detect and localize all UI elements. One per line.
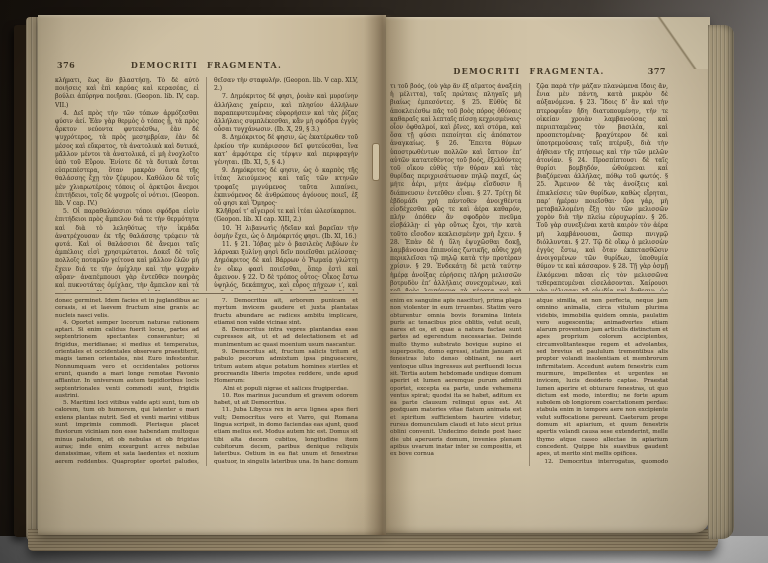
text-paragraph: 5. Maritimi loci vitibus valde apti sunt…	[55, 400, 199, 466]
binding-thread	[372, 143, 380, 181]
text-paragraph: Alni et populi nigrae et salices frugipe…	[214, 386, 358, 393]
page-number: 376	[57, 60, 75, 70]
text-paragraph: 8. Δημόκριτος δέ φησιν, ὡς ἑκατέρωθεν το…	[214, 134, 358, 167]
text-paragraph: 12. Democritus interrogatus, quomodo hom…	[537, 459, 669, 466]
greek-text-column-1: τι τοῦ βοός, (οὐ γὰρ ἂν ἐξ αἵματος ἀναξε…	[390, 83, 522, 291]
right-page-header: DEMOCRITI FRAGMENTA. 377	[390, 66, 668, 78]
greek-text-section: τι τοῦ βοός, (οὐ γὰρ ἂν ἐξ αἵματος ἀναξε…	[390, 83, 668, 291]
text-paragraph: enim ex sanguine apis nascitur), prima p…	[390, 298, 522, 459]
greek-text-column-2: ζῷα παρὰ τὴν μάζαν πλανώμενα ἴδοις ἄν, ἔ…	[529, 83, 669, 291]
text-paragraph: (Geopon. lib. XI cap. XIII, 2.)	[214, 216, 358, 224]
running-title: DEMOCRITI FRAGMENTA.	[390, 66, 668, 76]
greek-text-section: κλήματι, ἕως ἂν βλαστήσῃ. Τὸ δὲ αὐτὸ ποι…	[55, 77, 358, 291]
running-title: DEMOCRITI FRAGMENTA.	[55, 60, 358, 70]
text-paragraph: 7. Democritus ait, arborem punicam et my…	[214, 298, 358, 327]
text-paragraph: θεῖσαν τὴν σταφυλήν. (Geopon. lib. V cap…	[214, 77, 358, 93]
section-divider-rule	[390, 293, 668, 294]
text-paragraph: ζῷα παρὰ τὴν μάζαν πλανώμενα ἴδοις ἄν, ἔ…	[537, 83, 669, 291]
text-paragraph: 10. Ἡ λιβανωτὶς ἡδεῖαν καὶ βαρεῖαν τὴν ὀ…	[214, 225, 358, 241]
text-paragraph: 11. Juba Libycus rex in arca lignea apes…	[214, 407, 358, 466]
page-number: 377	[648, 66, 666, 76]
book-photo: 376 DEMOCRITI FRAGMENTA. κλήματι, ἕως ἂν…	[0, 0, 768, 563]
latin-text-column-2: atque similia, et non perfecta, neque ja…	[529, 298, 669, 466]
text-paragraph: 4. Δεῖ πρὸς τὴν τῶν τόπων ἁρμόζεσθαι φύσ…	[55, 110, 199, 208]
latin-text-section: enim ex sanguine apis nascitur), prima p…	[390, 298, 668, 466]
text-paragraph: 8. Democritus intra vepres plantandas es…	[214, 327, 358, 349]
latin-text-column-1: enim ex sanguine apis nascitur), prima p…	[390, 298, 522, 466]
fore-edge-right	[708, 25, 734, 539]
right-page-content: DEMOCRITI FRAGMENTA. 377 τι τοῦ βοός, (ο…	[390, 66, 668, 466]
left-page-header: 376 DEMOCRITI FRAGMENTA.	[55, 60, 358, 72]
latin-text-column-2: 7. Democritus ait, arborem punicam et my…	[206, 298, 358, 466]
text-paragraph: 10. Ros marinus jucundum et gravem odore…	[214, 393, 358, 408]
text-paragraph: donec germinet. Idem facies et in juglan…	[55, 298, 199, 320]
folded-corner	[642, 17, 710, 69]
text-paragraph: 9. Democritus ait, fructum salicis tritu…	[214, 349, 358, 385]
greek-text-column-1: κλήματι, ἕως ἂν βλαστήσῃ. Τὸ δὲ αὐτὸ ποι…	[55, 77, 199, 291]
text-paragraph: τι τοῦ βοός, (οὐ γὰρ ἂν ἐξ αἵματος ἀναξε…	[390, 83, 522, 291]
text-paragraph: 4. Oportet semper locorum naturae ration…	[55, 320, 199, 400]
text-paragraph: 5. Οἱ παραθαλάσσιοι τόποι σφόδρα εἰσὶν ἐ…	[55, 208, 199, 291]
text-paragraph: atque similia, et non perfecta, neque ja…	[537, 298, 669, 459]
latin-text-column-1: donec germinet. Idem facies et in juglan…	[55, 298, 199, 466]
left-page-content: 376 DEMOCRITI FRAGMENTA. κλήματι, ἕως ἂν…	[55, 60, 358, 466]
section-divider-rule	[55, 293, 358, 294]
text-paragraph: 11. § 21. Ἰόβας μὲν ὁ βασιλεὺς Λιβύων ἐν…	[214, 241, 358, 291]
greek-text-column-2: θεῖσαν τὴν σταφυλήν. (Geopon. lib. V cap…	[206, 77, 358, 291]
text-paragraph: 7. Δημόκριτος δέ φησι, ῥοιὰν καὶ μυρσίνη…	[214, 93, 358, 134]
text-paragraph: κλήματι, ἕως ἂν βλαστήσῃ. Τὸ δὲ αὐτὸ ποι…	[55, 77, 199, 110]
latin-text-section: donec germinet. Idem facies et in juglan…	[55, 298, 358, 466]
text-paragraph: 9. Δημόκριτος δέ φησιν, ὡς ὁ καρπὸς τῆς …	[214, 167, 358, 208]
